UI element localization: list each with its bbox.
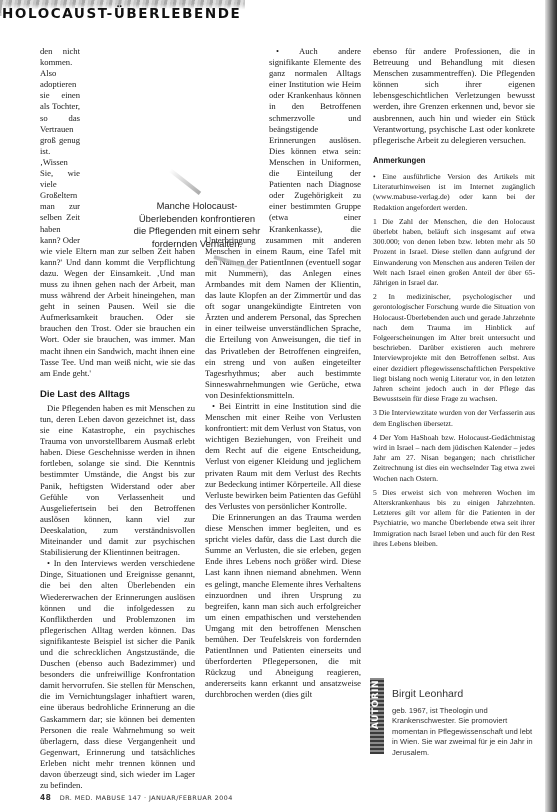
- author-name: Birgit Leonhard: [392, 688, 536, 700]
- footnote: • Eine ausführliche Version des Artikels…: [373, 172, 535, 213]
- publication-info: DR. MED. MABUSE 147 · JANUAR/FEBRUAR 200…: [60, 794, 233, 802]
- author-tab-label: AUTORIN: [371, 680, 381, 729]
- article-column-1: den nicht kommen. Also adoptieren sie ei…: [40, 46, 195, 791]
- page-number: 48: [40, 793, 51, 802]
- subheading-last-des-alltags: Die Last des Alltags: [40, 389, 195, 400]
- section-title: HOLOCAUST-ÜBERLEBENDE: [2, 4, 245, 22]
- paragraph: • In den Interviews werden verschiedene …: [40, 558, 195, 791]
- article-column-3: ebenso für andere Professionen, die in B…: [373, 46, 535, 553]
- pull-quote: Manche Holocaust-Überlebenden konfrontie…: [132, 200, 262, 250]
- paragraph: • Bei Eintritt in eine Institution sind …: [205, 401, 361, 512]
- paragraph: Die Erinnerungen an das Trauma werden di…: [205, 512, 361, 701]
- author-bio: geb. 1967, ist Theologin und Krankenschw…: [392, 706, 536, 758]
- author-box: AUTORIN Birgit Leonhard geb. 1967, ist T…: [386, 678, 536, 758]
- page-spine-shadow: [545, 0, 557, 812]
- paragraph: Die Pflegenden haben es mit Menschen zu …: [40, 403, 195, 558]
- footnote: 4 Der Yom HaShoah bzw. Holocaust-Gedächt…: [373, 433, 535, 484]
- footnote: 1 Die Zahl der Menschen, die den Holocau…: [373, 217, 535, 288]
- footnote: 3 Die Interviewzitate wurden von der Ver…: [373, 408, 535, 428]
- article-column-2: • Auch andere signifikante Elemente des …: [205, 46, 361, 701]
- footnote: 5 Dies erweist sich von mehreren Wochen …: [373, 488, 535, 549]
- page-footer: 48 DR. MED. MABUSE 147 · JANUAR/FEBRUAR …: [40, 793, 233, 802]
- footnote: 2 In medizinischer, psychologischer und …: [373, 292, 535, 404]
- notes-heading: Anmerkungen: [373, 155, 535, 166]
- author-tab: AUTORIN: [370, 678, 384, 754]
- paragraph: ebenso für andere Professionen, die in B…: [373, 46, 535, 146]
